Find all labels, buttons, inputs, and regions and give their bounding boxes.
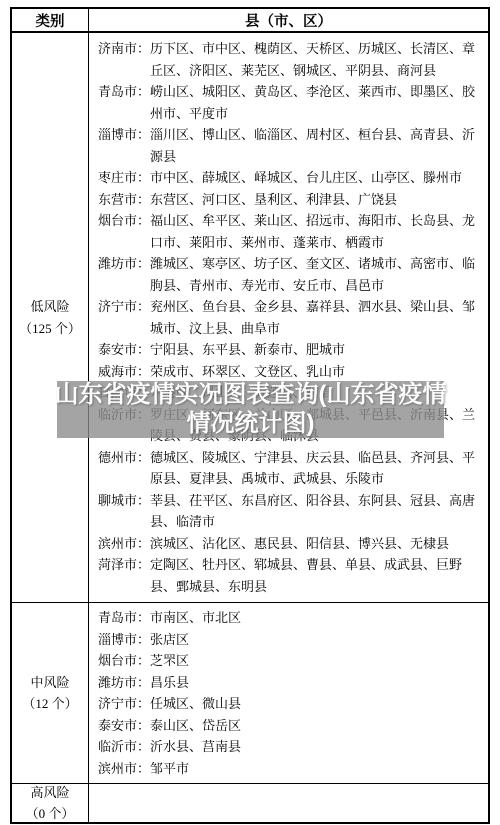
district-list: 张店区 bbox=[150, 632, 189, 647]
region-entry: 青岛市：崂山区、城阳区、黄岛区、李沧区、莱西市、即墨区、胶州市、平度市 bbox=[98, 81, 486, 124]
section-low-risk: 低风险 （125 个） 济南市：历下区、市中区、槐荫区、天桥区、历城区、长清区、… bbox=[12, 33, 488, 602]
watermark-title-line2: 情况统计图) bbox=[55, 410, 447, 439]
region-list-mid: 青岛市：市南区、市北区 淄博市：张店区 烟台市：芝罘区 潍坊市：昌乐县 济宁市：… bbox=[89, 603, 488, 783]
region-entry: 滨州市：滨城区、沾化区、惠民县、阳信县、博兴县、无棣县 bbox=[98, 533, 486, 555]
watermark-banner: 山东省疫情实况图表查询(山东省疫情 情况统计图) bbox=[57, 381, 444, 438]
region-entry: 枣庄市：市中区、薛城区、峄城区、台儿庄区、山亭区、滕州市 bbox=[98, 167, 486, 189]
region-entry: 济宁市：任城区、微山县 bbox=[98, 693, 486, 715]
risk-label-mid-line1: 中风险 bbox=[30, 672, 69, 694]
region-entry: 菏泽市：定陶区、牡丹区、郓城县、曹县、单县、成武县、巨野县、鄄城县、东明县 bbox=[98, 554, 486, 597]
city-name: 泰安市： bbox=[98, 342, 150, 357]
risk-label-low-line1: 低风险 bbox=[30, 296, 69, 318]
region-entry: 滨州市：邹平市 bbox=[98, 758, 486, 780]
city-name: 烟台市： bbox=[98, 653, 150, 668]
risk-label-mid: 中风险 （12 个） bbox=[12, 603, 89, 783]
city-name: 聊城市： bbox=[98, 493, 150, 508]
city-name: 临沂市： bbox=[98, 739, 150, 754]
header-category: 类别 bbox=[12, 9, 89, 31]
region-entry: 济宁市：兖州区、鱼台县、金乡县、嘉祥县、泗水县、梁山县、邹城市、汶上县、曲阜市 bbox=[98, 296, 486, 339]
region-entry: 淄博市：淄川区、博山区、临淄区、周村区、桓台县、高青县、沂源县 bbox=[98, 124, 486, 167]
district-list: 东营区、河口区、垦利区、利津县、广饶县 bbox=[150, 192, 397, 207]
district-list: 莘县、茌平区、东昌府区、阳谷县、东阿县、冠县、高唐县、临清市 bbox=[150, 493, 475, 530]
region-entry: 聊城市：莘县、茌平区、东昌府区、阳谷县、东阿县、冠县、高唐县、临清市 bbox=[98, 490, 486, 533]
region-entry: 东营市：东营区、河口区、垦利区、利津县、广饶县 bbox=[98, 189, 486, 211]
district-list: 崂山区、城阳区、黄岛区、李沧区、莱西市、即墨区、胶州市、平度市 bbox=[150, 84, 475, 121]
city-name: 德州市： bbox=[98, 450, 150, 465]
city-name: 淄博市： bbox=[98, 632, 150, 647]
header-region: 县（市、区） bbox=[89, 9, 488, 31]
risk-label-low: 低风险 （125 个） bbox=[12, 33, 89, 602]
district-list: 沂水县、莒南县 bbox=[150, 739, 241, 754]
district-list: 市南区、市北区 bbox=[150, 610, 241, 625]
section-high-risk: 高风险 （0 个） bbox=[12, 783, 488, 822]
region-entry: 淄博市：张店区 bbox=[98, 629, 486, 651]
region-entry: 烟台市：福山区、牟平区、莱山区、招远市、海阳市、长岛县、龙口市、莱阳市、莱州市、… bbox=[98, 210, 486, 253]
risk-label-high: 高风险 （0 个） bbox=[12, 784, 89, 822]
region-entry: 济南市：历下区、市中区、槐荫区、天桥区、历城区、长清区、章丘区、济阳区、莱芜区、… bbox=[98, 38, 486, 81]
district-list: 荣成市、环翠区、文登区、乳山市 bbox=[150, 364, 345, 379]
city-name: 青岛市： bbox=[98, 610, 150, 625]
district-list: 芝罘区 bbox=[150, 653, 189, 668]
risk-label-high-count: （0 个） bbox=[26, 803, 75, 822]
district-list: 定陶区、牡丹区、郓城县、曹县、单县、成武县、巨野县、鄄城县、东明县 bbox=[150, 557, 462, 594]
city-name: 淄博市： bbox=[98, 127, 150, 142]
city-name: 潍坊市： bbox=[98, 256, 150, 271]
city-name: 威海市： bbox=[98, 364, 150, 379]
city-name: 枣庄市： bbox=[98, 170, 150, 185]
district-list: 泰山区、岱岳区 bbox=[150, 718, 241, 733]
watermark-title: 山东省疫情实况图表查询(山东省疫情 情况统计图) bbox=[55, 381, 447, 438]
city-name: 菏泽市： bbox=[98, 557, 150, 572]
city-name: 滨州市： bbox=[98, 536, 150, 551]
region-entry: 青岛市：市南区、市北区 bbox=[98, 607, 486, 629]
region-entry: 德州市：德城区、陵城区、宁津县、庆云县、临邑县、齐河县、平原县、夏津县、禹城市、… bbox=[98, 447, 486, 490]
city-name: 济南市： bbox=[98, 41, 150, 56]
city-name: 东营市： bbox=[98, 192, 150, 207]
region-entry: 烟台市：芝罘区 bbox=[98, 650, 486, 672]
district-list: 潍城区、寒亭区、坊子区、奎文区、诸城市、高密市、临朐县、青州市、寿光市、安丘市、… bbox=[150, 256, 475, 293]
district-list: 德城区、陵城区、宁津县、庆云县、临邑县、齐河县、平原县、夏津县、禹城市、武城县、… bbox=[150, 450, 475, 487]
section-mid-risk: 中风险 （12 个） 青岛市：市南区、市北区 淄博市：张店区 烟台市：芝罘区 潍… bbox=[12, 602, 488, 783]
region-list-high bbox=[89, 784, 488, 822]
district-list: 昌乐县 bbox=[150, 675, 189, 690]
risk-label-mid-count: （12 个） bbox=[22, 693, 77, 715]
risk-label-low-count: （125 个） bbox=[19, 318, 81, 340]
district-list: 任城区、微山县 bbox=[150, 696, 241, 711]
city-name: 潍坊市： bbox=[98, 675, 150, 690]
region-list-low: 济南市：历下区、市中区、槐荫区、天桥区、历城区、长清区、章丘区、济阳区、莱芜区、… bbox=[89, 33, 488, 602]
city-name: 济宁市： bbox=[98, 299, 150, 314]
city-name: 济宁市： bbox=[98, 696, 150, 711]
risk-label-high-line1: 高风险 bbox=[30, 783, 69, 803]
district-list: 邹平市 bbox=[150, 761, 189, 776]
watermark-title-line1: 山东省疫情实况图表查询(山东省疫情 bbox=[55, 381, 447, 410]
city-name: 泰安市： bbox=[98, 718, 150, 733]
district-list: 淄川区、博山区、临淄区、周村区、桓台县、高青县、沂源县 bbox=[150, 127, 475, 164]
table-header-row: 类别 县（市、区） bbox=[12, 9, 488, 33]
district-list: 福山区、牟平区、莱山区、招远市、海阳市、长岛县、龙口市、莱阳市、莱州市、蓬莱市、… bbox=[150, 213, 475, 250]
region-entry: 潍坊市：昌乐县 bbox=[98, 672, 486, 694]
district-list: 滨城区、沾化区、惠民县、阳信县、博兴县、无棣县 bbox=[150, 536, 449, 551]
region-entry: 潍坊市：潍城区、寒亭区、坊子区、奎文区、诸城市、高密市、临朐县、青州市、寿光市、… bbox=[98, 253, 486, 296]
region-entry: 泰安市：泰山区、岱岳区 bbox=[98, 715, 486, 737]
district-list: 历下区、市中区、槐荫区、天桥区、历城区、长清区、章丘区、济阳区、莱芜区、钢城区、… bbox=[150, 41, 475, 78]
district-list: 兖州区、鱼台县、金乡县、嘉祥县、泗水县、梁山县、邹城市、汶上县、曲阜市 bbox=[150, 299, 475, 336]
city-name: 烟台市： bbox=[98, 213, 150, 228]
district-list: 市中区、薛城区、峄城区、台儿庄区、山亭区、滕州市 bbox=[150, 170, 462, 185]
city-name: 青岛市： bbox=[98, 84, 150, 99]
region-entry: 临沂市：沂水县、莒南县 bbox=[98, 736, 486, 758]
district-list: 宁阳县、东平县、新泰市、肥城市 bbox=[150, 342, 345, 357]
city-name: 滨州市： bbox=[98, 761, 150, 776]
page: 类别 县（市、区） 低风险 （125 个） 济南市：历下区、市中区、槐荫区、天桥… bbox=[0, 0, 500, 825]
region-entry: 威海市：荣成市、环翠区、文登区、乳山市 bbox=[98, 361, 486, 383]
region-entry: 泰安市：宁阳县、东平县、新泰市、肥城市 bbox=[98, 339, 486, 361]
